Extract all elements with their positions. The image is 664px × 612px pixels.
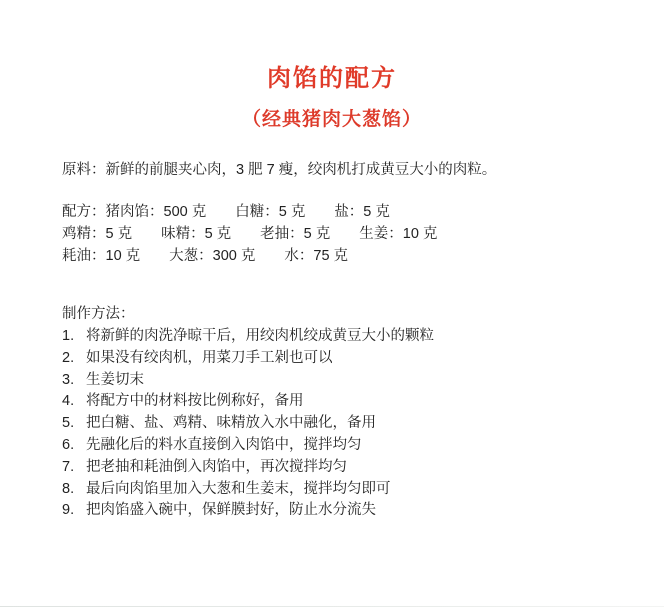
method-steps-list: 1. 将新鲜的肉洗净晾干后，用绞肉机绞成黄豆大小的颗粒 2. 如果没有绞肉机，用… <box>62 326 634 522</box>
step-item: 9. 把肉馅盛入碗中，保鲜膜封好，防止水分流失 <box>62 500 634 522</box>
step-text: 把肉馅盛入碗中，保鲜膜封好，防止水分流失 <box>86 500 376 522</box>
step-number: 2. <box>62 348 86 370</box>
step-text: 把老抽和耗油倒入肉馅中，再次搅拌均匀 <box>86 457 347 479</box>
step-text: 生姜切末 <box>86 370 144 392</box>
step-number: 5. <box>62 413 86 435</box>
step-number: 3. <box>62 370 86 392</box>
step-item: 4. 将配方中的材料按比例称好，备用 <box>62 391 634 413</box>
step-text: 将新鲜的肉洗净晾干后，用绞肉机绞成黄豆大小的颗粒 <box>86 326 434 348</box>
recipe-line-2: 鸡精：5 克 味精：5 克 老抽：5 克 生姜：10 克 <box>62 223 634 245</box>
page-title: 肉馅的配方 <box>0 58 664 93</box>
step-number: 7. <box>62 457 86 479</box>
step-text: 如果没有绞肉机，用菜刀手工剁也可以 <box>86 348 333 370</box>
step-item: 8. 最后向肉馅里加入大葱和生姜末，搅拌均匀即可 <box>62 479 634 501</box>
step-number: 9. <box>62 500 86 522</box>
step-item: 1. 将新鲜的肉洗净晾干后，用绞肉机绞成黄豆大小的颗粒 <box>62 326 634 348</box>
ingredients-line: 原料：新鲜的前腿夹心肉，3 肥 7 瘦，绞肉机打成黄豆大小的肉粒。 <box>62 159 634 181</box>
step-item: 7. 把老抽和耗油倒入肉馅中，再次搅拌均匀 <box>62 457 634 479</box>
step-number: 6. <box>62 435 86 457</box>
step-text: 将配方中的材料按比例称好，备用 <box>86 391 304 413</box>
step-text: 把白糖、盐、鸡精、味精放入水中融化，备用 <box>86 413 376 435</box>
step-item: 5. 把白糖、盐、鸡精、味精放入水中融化，备用 <box>62 413 634 435</box>
step-text: 最后向肉馅里加入大葱和生姜末，搅拌均匀即可 <box>86 479 391 501</box>
step-item: 3. 生姜切末 <box>62 370 634 392</box>
recipe-line-1: 配方：猪肉馅：500 克 白糖：5 克 盐：5 克 <box>62 201 634 223</box>
step-item: 2. 如果没有绞肉机，用菜刀手工剁也可以 <box>62 348 634 370</box>
page-subtitle: （经典猪肉大葱馅） <box>0 104 664 131</box>
method-heading: 制作方法： <box>62 303 135 325</box>
step-number: 4. <box>62 391 86 413</box>
recipe-ratio-block: 配方：猪肉馅：500 克 白糖：5 克 盐：5 克 鸡精：5 克 味精：5 克 … <box>62 201 634 267</box>
step-number: 8. <box>62 479 86 501</box>
recipe-document-page: 肉馅的配方 （经典猪肉大葱馅） 原料：新鲜的前腿夹心肉，3 肥 7 瘦，绞肉机打… <box>0 0 664 612</box>
recipe-line-3: 耗油：10 克 大葱：300 克 水：75 克 <box>62 245 634 267</box>
step-number: 1. <box>62 326 86 348</box>
scan-edge-line <box>0 606 664 607</box>
step-text: 先融化后的料水直接倒入肉馅中，搅拌均匀 <box>86 435 362 457</box>
step-item: 6. 先融化后的料水直接倒入肉馅中，搅拌均匀 <box>62 435 634 457</box>
